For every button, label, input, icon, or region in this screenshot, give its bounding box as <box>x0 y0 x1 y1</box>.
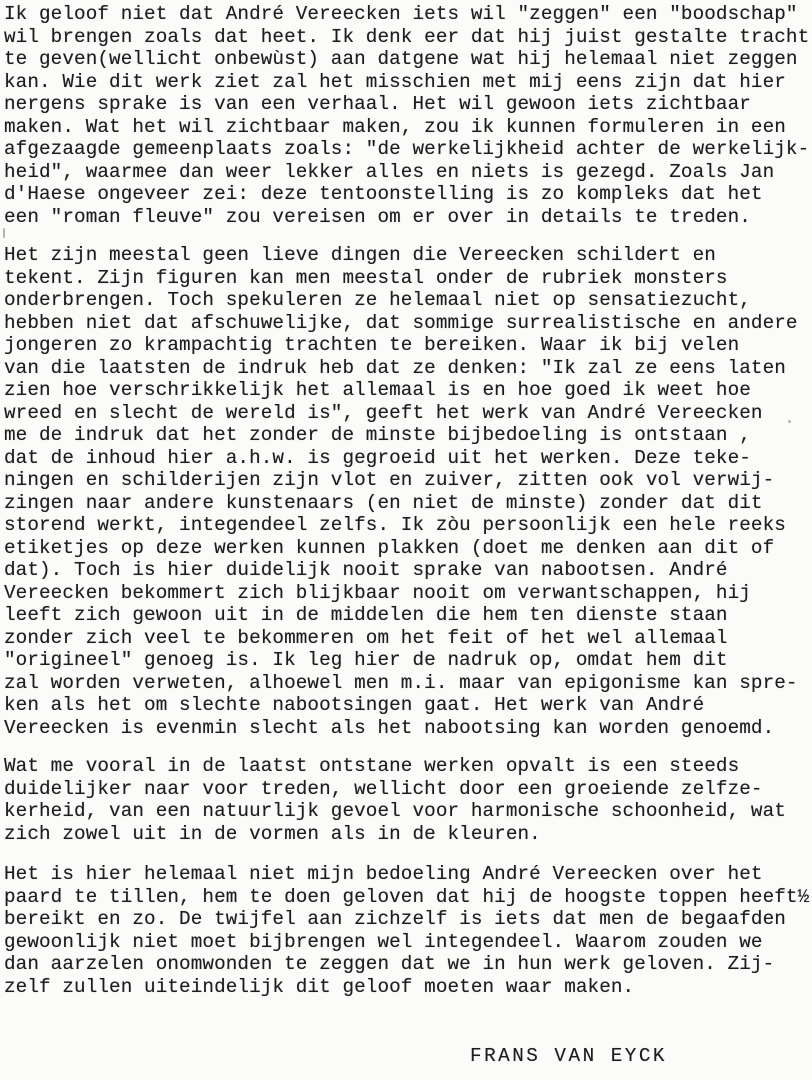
document-page: Ik geloof niet dat André Vereecken iets … <box>0 0 812 1080</box>
scan-speck <box>9 595 12 598</box>
scan-speck <box>788 420 791 423</box>
typewritten-paragraph: Wat me vooral in de laatst ontstane werk… <box>4 755 808 845</box>
signature: FRANS VAN EYCK <box>4 1045 808 1068</box>
scan-speck <box>3 228 5 238</box>
typewritten-paragraph: Ik geloof niet dat André Vereecken iets … <box>4 3 808 228</box>
typewritten-paragraph: Het zijn meestal geen lieve dingen die V… <box>4 244 808 739</box>
typewritten-paragraph: Het is hier helemaal niet mijn bedoeling… <box>4 863 808 998</box>
